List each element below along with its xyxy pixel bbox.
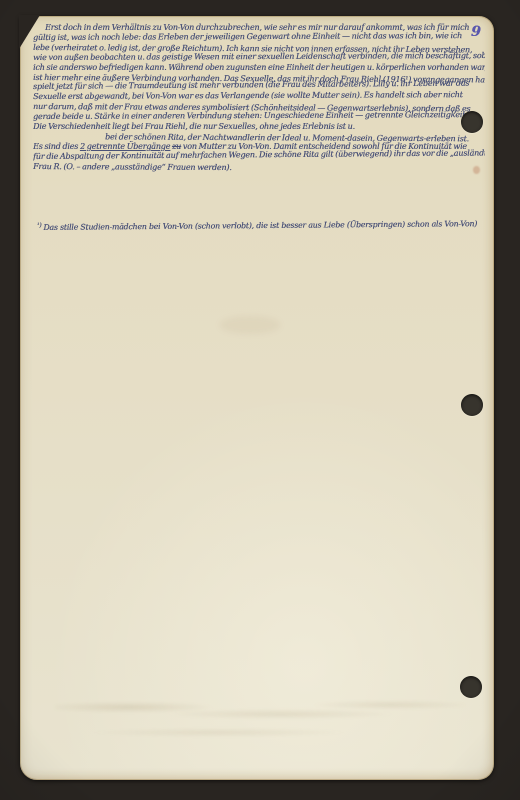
handwritten-line: Frau R. (O. – andere „ausständige“ Fraue…	[33, 162, 485, 172]
footnote-line: ¹)Das stille Studien-mädchen bei Von-Von…	[37, 217, 477, 233]
footnote-text: Das stille Studien-mädchen bei Von-Von (…	[43, 219, 477, 232]
punch-hole-bottom	[460, 676, 482, 698]
paper-stain	[220, 316, 280, 334]
handwritten-line: Sexuelle erst abgewandt, bei Von-Von war…	[33, 90, 485, 102]
ink-bleedthrough	[55, 698, 465, 744]
handwritten-line: wie von außen beobachten u. das geistige…	[33, 51, 485, 63]
footnote-marker: ¹)	[37, 222, 41, 229]
document-page: 9 Erst doch in dem Verhältnis zu Von-Von…	[20, 16, 494, 780]
handwritten-line: gerade beide u. Stärke in einer anderen …	[33, 110, 485, 122]
punch-hole-middle	[461, 394, 483, 416]
paper-stain	[473, 166, 480, 174]
punch-hole-top	[461, 111, 483, 133]
handwritten-line: Die Verschiedenheit liegt bei Frau Riehl…	[33, 122, 485, 132]
handwritten-text-block: Erst doch in dem Verhältnis zu Von-Von d…	[33, 23, 485, 172]
handwritten-line: gültig ist, was ich noch lebe: das Erleb…	[33, 31, 485, 43]
handwritten-line: ich sie anderswo befriedigen kann. Währe…	[33, 63, 485, 73]
scan-background: 9 Erst doch in dem Verhältnis zu Von-Von…	[0, 0, 520, 800]
